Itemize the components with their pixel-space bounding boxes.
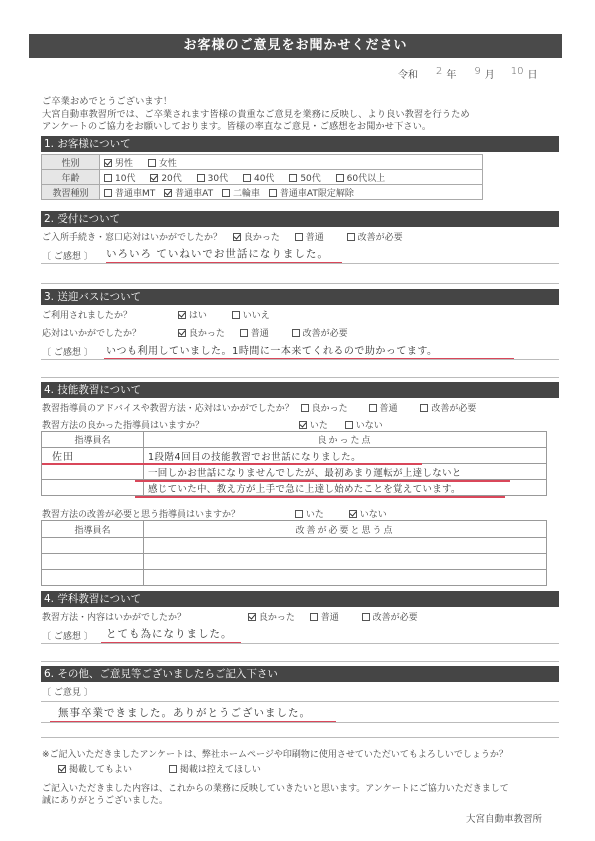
instructor-name-header: 指導員名 <box>42 432 144 448</box>
table-header-row: 指導員名 改善が必要と思う点 <box>42 521 547 538</box>
age-row: 年齢 10代 20代 30代 40代 50代 60代以上 <box>42 170 483 185</box>
publish-consent-question: ※ご記入いただきましたアンケートは、弊社ホームページや印刷物に使用させていただい… <box>42 749 508 761</box>
lecture-question-row: 教習方法・内容はいかがでしたか？ 良かった 普通 改善が必要 <box>42 610 430 623</box>
checkbox-icon[interactable] <box>289 174 297 182</box>
age-option-30s[interactable]: 30代 <box>197 171 228 184</box>
bus-service-option-good[interactable]: 良かった <box>178 326 225 339</box>
checkbox-checked-icon[interactable] <box>104 159 112 167</box>
checkbox-icon[interactable] <box>295 233 303 241</box>
highlight-underline <box>135 480 510 482</box>
gender-label: 性別 <box>42 155 100 170</box>
good-instructor-option-no[interactable]: いない <box>345 418 383 431</box>
checkbox-checked-icon[interactable] <box>299 421 307 429</box>
course-type-row: 教習種別 普通車MT 普通車AT 二輪車 普通車AT限定解除 <box>42 185 483 200</box>
good-points-cell[interactable]: 1段階4回目の技能教習でお世話になりました。 <box>144 448 547 464</box>
checkbox-icon[interactable] <box>243 174 251 182</box>
bus-service-question: 応対はいかがでしたか？ <box>42 326 175 339</box>
improve-points-cell[interactable] <box>144 554 547 570</box>
section-2-header: 2. 受付について <box>41 211 559 227</box>
reception-option-needs-improvement[interactable]: 改善が必要 <box>347 230 403 243</box>
instructor-name-cell[interactable] <box>42 570 144 586</box>
gender-option-male[interactable]: 男性 <box>104 156 133 169</box>
writing-line <box>41 701 559 702</box>
instructor-name-cell[interactable] <box>42 554 144 570</box>
bus-service-option-average[interactable]: 普通 <box>240 326 269 339</box>
improve-points-cell[interactable] <box>144 570 547 586</box>
section-4-header: 4. 技能教習について <box>41 382 559 398</box>
checkbox-icon[interactable] <box>301 404 309 412</box>
age-option-20s[interactable]: 20代 <box>150 171 181 184</box>
intro-line-1: ご卒業おめでとうございます！ <box>42 96 470 109</box>
intro-text: ご卒業おめでとうございます！ 大宮自動車教習所では、ご卒業されます皆様の貴重なご… <box>42 96 470 134</box>
intro-line-2: 大宮自動車教習所では、ご卒業されます皆様の貴重なご意見を業務に反映し、より良い教… <box>42 109 470 122</box>
bus-usage-option-no[interactable]: いいえ <box>232 308 270 321</box>
skill-instruction-question: 教習指導員のアドバイスや教習方法・応対はいかがでしたか？ <box>42 404 294 414</box>
instructor-name-header: 指導員名 <box>42 521 144 538</box>
intro-line-3: アンケートのご協力をお願いしております。皆様の率直なご意見・ご感想をお聞かせ下さ… <box>42 121 470 134</box>
checkbox-checked-icon[interactable] <box>248 613 256 621</box>
lecture-option-needs-improvement[interactable]: 改善が必要 <box>362 610 418 623</box>
section-5-header: 4. 学科教習について <box>41 591 559 607</box>
improve-instructor-table: 指導員名 改善が必要と思う点 <box>41 520 547 586</box>
lecture-question: 教習方法・内容はいかがでしたか？ <box>42 610 245 623</box>
checkbox-checked-icon[interactable] <box>164 189 172 197</box>
gender-option-female[interactable]: 女性 <box>148 156 177 169</box>
good-points-cell[interactable]: 感じていた中、教え方が上手で急に上達し始めたことを覚えています。 <box>144 480 547 496</box>
publish-consent-options: 掲載してもよい 掲載は控えてほしい <box>58 762 273 775</box>
course-option-motorcycle[interactable]: 二輪車 <box>222 186 260 199</box>
lecture-option-good[interactable]: 良かった <box>248 610 295 623</box>
writing-line <box>41 661 559 662</box>
checkbox-checked-icon[interactable] <box>178 329 186 337</box>
section-1-header: 1. お客様について <box>41 136 559 152</box>
table-row <box>42 570 547 586</box>
improve-instructor-row: 教習方法の改善が必要と思う指導員はいますか？ いた いない <box>42 507 399 520</box>
table-row: 感じていた中、教え方が上手で急に上達し始めたことを覚えています。 <box>42 480 547 496</box>
other-comment-label: 〔 ご意見 〕 <box>42 685 93 698</box>
highlight-underline <box>135 496 505 498</box>
date-field: 令和 2 年 9 月 10 日 <box>398 66 537 81</box>
date-month-unit: 月 <box>485 66 495 81</box>
checkbox-icon[interactable] <box>232 311 240 319</box>
good-points-header: 良かった点 <box>144 432 547 448</box>
bus-comment-label: 〔 ご感想 〕 <box>42 345 93 358</box>
age-option-50s[interactable]: 50代 <box>289 171 320 184</box>
checkbox-icon[interactable] <box>336 174 344 182</box>
bus-service-option-needs-improvement[interactable]: 改善が必要 <box>292 326 348 339</box>
good-instructor-question: 教習方法の良かった指導員はいますか？ <box>42 418 296 431</box>
customer-info-table: 性別 男性 女性 年齢 10代 20代 30代 40代 50代 60代以上 教習… <box>41 154 483 200</box>
checkbox-icon[interactable] <box>420 404 428 412</box>
gender-options: 男性 女性 <box>100 155 483 170</box>
checkbox-icon[interactable] <box>295 510 303 518</box>
checkbox-checked-icon[interactable] <box>178 311 186 319</box>
checkbox-checked-icon[interactable] <box>150 174 158 182</box>
table-header-row: 指導員名 良かった点 <box>42 432 547 448</box>
checkbox-icon[interactable] <box>347 233 355 241</box>
checkbox-icon[interactable] <box>269 189 277 197</box>
bus-usage-option-yes[interactable]: はい <box>178 308 207 321</box>
course-option-mt[interactable]: 普通車MT <box>104 186 155 199</box>
improve-instructor-option-yes[interactable]: いた <box>295 507 324 520</box>
age-option-60s-plus[interactable]: 60代以上 <box>336 171 385 184</box>
age-label: 年齢 <box>42 170 100 185</box>
skill-option-average[interactable]: 普通 <box>369 401 398 414</box>
reception-question: ご入所手続き・窓口応対はいかがでしたか？ <box>42 233 222 243</box>
table-row <box>42 554 547 570</box>
skill-option-good[interactable]: 良かった <box>301 401 348 414</box>
reception-option-average[interactable]: 普通 <box>295 230 324 243</box>
reception-option-good[interactable]: 良かった <box>233 230 280 243</box>
table-row: 一回しかお世話になりませんでしたが、最初あまり運転が上達しないと <box>42 464 547 480</box>
writing-line <box>41 737 559 738</box>
course-option-at[interactable]: 普通車AT <box>164 186 213 199</box>
table-row: 佐田 1段階4回目の技能教習でお世話になりました。 <box>42 448 547 464</box>
checkbox-icon[interactable] <box>369 404 377 412</box>
checkbox-icon[interactable] <box>362 613 370 621</box>
improve-points-header: 改善が必要と思う点 <box>144 521 547 538</box>
bus-comment-input[interactable]: いつも利用していました。1時間に一本来てくれるので助かってます。 <box>106 342 438 357</box>
checkbox-checked-icon[interactable] <box>58 765 66 773</box>
age-option-10s[interactable]: 10代 <box>104 171 135 184</box>
course-option-at-limit-removal[interactable]: 普通車AT限定解除 <box>269 186 354 199</box>
improve-instructor-option-no[interactable]: いない <box>349 507 387 520</box>
lecture-option-average[interactable]: 普通 <box>310 610 339 623</box>
other-comment-input[interactable]: 無事卒業できました。ありがとうございました。 <box>58 705 311 720</box>
section-6-header: 6. その他、ご意見等ございましたらご記入下さい <box>41 666 559 682</box>
checkbox-icon[interactable] <box>240 329 248 337</box>
date-month-value[interactable]: 9 <box>474 66 480 81</box>
checkbox-icon[interactable] <box>169 765 177 773</box>
lecture-comment-label: 〔 ご感想 〕 <box>42 629 93 642</box>
survey-title-bar: お客様のご意見をお聞かせください <box>29 34 562 58</box>
section-3-header: 3. 送迎バスについて <box>41 289 559 305</box>
date-year-unit: 年 <box>446 66 456 81</box>
thanks-message: ご記入いただきました内容は、これからの業務に反映していきたいと思います。アンケー… <box>42 783 509 807</box>
course-type-options: 普通車MT 普通車AT 二輪車 普通車AT限定解除 <box>100 185 483 200</box>
writing-line <box>41 263 559 264</box>
checkbox-icon[interactable] <box>345 421 353 429</box>
improve-points-cell[interactable] <box>144 538 547 554</box>
age-options: 10代 20代 30代 40代 50代 60代以上 <box>100 170 483 185</box>
date-day-unit: 日 <box>527 66 537 81</box>
instructor-name-cell[interactable]: 佐田 <box>42 448 144 464</box>
reception-comment-input[interactable]: いろいろ ていねいでお世話になりました。 <box>106 246 329 261</box>
checkbox-icon[interactable] <box>292 329 300 337</box>
table-row <box>42 538 547 554</box>
good-instructor-row: 教習方法の良かった指導員はいますか？ いた いない <box>42 418 395 431</box>
date-era: 令和 <box>398 66 418 81</box>
thanks-line-2: 誠にありがとうございました。 <box>42 795 509 807</box>
skill-instruction-row: 教習指導員のアドバイスや教習方法・応対はいかがでしたか？ 良かった 普通 改善が… <box>42 401 488 414</box>
checkbox-icon[interactable] <box>310 613 318 621</box>
instructor-name-cell[interactable] <box>42 464 144 480</box>
writing-line <box>41 722 559 723</box>
highlight-underline <box>42 463 422 465</box>
bus-usage-question: ご利用されましたか？ <box>42 308 175 321</box>
gender-row: 性別 男性 女性 <box>42 155 483 170</box>
reception-question-row: ご入所手続き・窓口応対はいかがでしたか？ 良かった 普通 改善が必要 <box>42 230 415 243</box>
date-year-value[interactable]: 2 <box>436 66 442 81</box>
good-points-cell[interactable]: 一回しかお世話になりませんでしたが、最初あまり運転が上達しないと <box>144 464 547 480</box>
age-option-40s[interactable]: 40代 <box>243 171 274 184</box>
bus-usage-row: ご利用されましたか？ はい いいえ <box>42 308 282 321</box>
checkbox-icon[interactable] <box>197 174 205 182</box>
lecture-comment-input[interactable]: とても為になりました。 <box>106 626 233 641</box>
good-instructor-option-yes[interactable]: いた <box>299 418 328 431</box>
consent-option-decline[interactable]: 掲載は控えてほしい <box>169 762 261 775</box>
instructor-name-cell[interactable] <box>42 480 144 496</box>
improve-instructor-question: 教習方法の改善が必要と思う指導員はいますか？ <box>42 507 292 520</box>
school-signature: 大宮自動車教習所 <box>466 811 542 825</box>
checkbox-icon[interactable] <box>222 189 230 197</box>
reception-comment-label: 〔 ご感想 〕 <box>42 249 93 262</box>
checkbox-icon[interactable] <box>104 174 112 182</box>
thanks-line-1: ご記入いただきました内容は、これからの業務に反映していきたいと思います。アンケー… <box>42 783 509 795</box>
skill-option-needs-improvement[interactable]: 改善が必要 <box>420 401 476 414</box>
writing-line <box>41 377 559 378</box>
checkbox-icon[interactable] <box>148 159 156 167</box>
writing-line <box>41 643 559 644</box>
writing-line <box>41 283 559 284</box>
checkbox-icon[interactable] <box>104 189 112 197</box>
date-day-value[interactable]: 10 <box>511 66 524 81</box>
checkbox-checked-icon[interactable] <box>233 233 241 241</box>
writing-line <box>41 359 559 360</box>
bus-service-row: 応対はいかがでしたか？ 良かった 普通 改善が必要 <box>42 326 360 339</box>
course-type-label: 教習種別 <box>42 185 100 200</box>
instructor-name-cell[interactable] <box>42 538 144 554</box>
consent-option-allow[interactable]: 掲載してもよい <box>58 762 132 775</box>
checkbox-checked-icon[interactable] <box>349 510 357 518</box>
